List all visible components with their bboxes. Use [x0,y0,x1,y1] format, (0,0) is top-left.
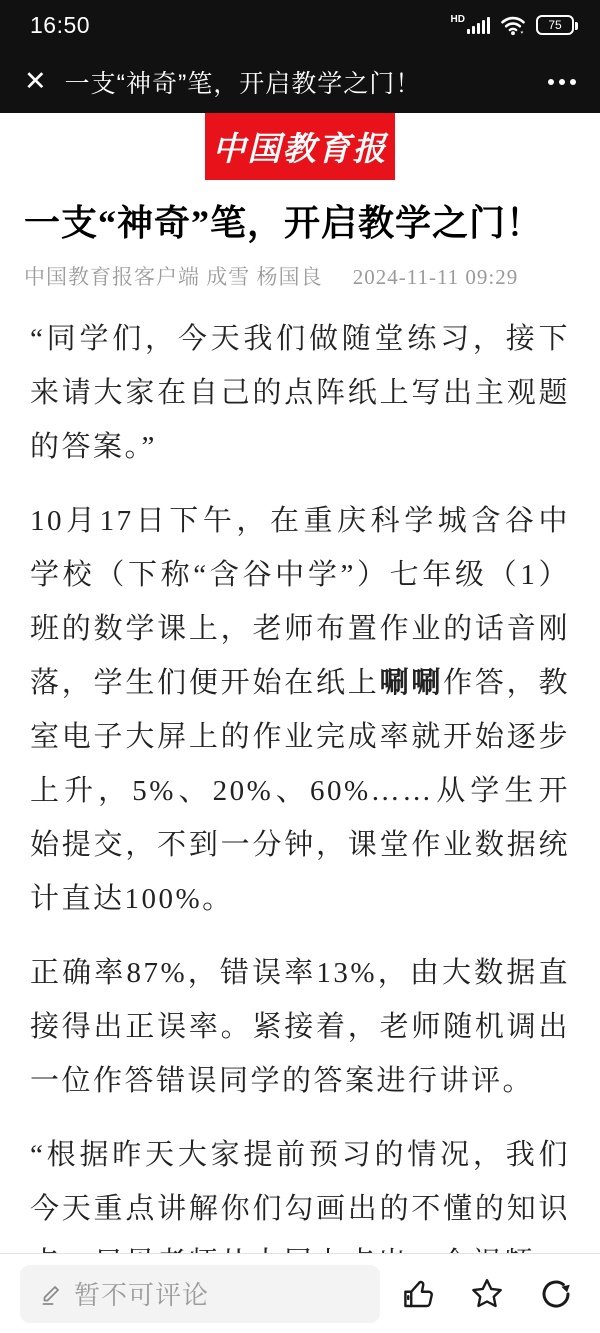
refresh-icon [538,1276,574,1312]
publication-logo: 中国教育报 [205,113,395,180]
screen: 16:50 HD 75 [0,0,600,1333]
paragraph: 正确率87%，错误率13%，由大数据直接得出正误率。紧接着，老师随机调出一位作答… [30,946,570,1108]
status-bar: 16:50 HD 75 [0,0,600,50]
status-icons: HD 75 [451,14,574,36]
top-bars: 16:50 HD 75 [0,0,600,113]
article-title: 一支“神奇”笔，开启教学之门！ [24,198,576,248]
article-view: 中国教育报 一支“神奇”笔，开启教学之门！ 中国教育报客户端 成雪 杨国良 20… [0,113,600,1253]
favorite-button[interactable] [469,1276,505,1312]
refresh-button[interactable] [538,1276,574,1312]
toolbar-actions [400,1276,574,1312]
battery-icon: 75 [536,15,574,35]
signal-strength-icon: HD [451,16,490,34]
paragraph-text: “根据昨天大家提前预习的情况，我们今天重点讲解你们勾画出的不懂的知识点。”只见老… [30,1139,570,1253]
close-icon[interactable]: ✕ [24,68,47,95]
publish-time: 2024-11-11 09:29 [353,265,519,289]
like-button[interactable] [400,1276,436,1312]
paragraph: “根据昨天大家提前预习的情况，我们今天重点讲解你们勾画出的不懂的知识点。”只见老… [30,1128,570,1253]
thumbs-up-icon [400,1276,436,1312]
more-menu-icon[interactable] [548,73,576,91]
paragraph: 10月17日下午，在重庆科学城含谷中学校（下称“含谷中学”）七年级（1）班的数学… [30,494,570,926]
clock: 16:50 [30,12,90,39]
paragraph-text: “同学们，今天我们做随堂练习，接下来请大家在自己的点阵纸上写出主观题的答案。” [30,323,570,463]
hd-indicator: HD [451,14,465,25]
wifi-icon [500,14,526,36]
comment-input[interactable]: 暂不可评论 [20,1265,380,1323]
paragraph: “同学们，今天我们做随堂练习，接下来请大家在自己的点阵纸上写出主观题的答案。” [30,312,570,474]
byline-authors: 中国教育报客户端 成雪 杨国良 [24,265,323,289]
battery-percent: 75 [548,18,561,32]
byline: 中国教育报客户端 成雪 杨国良 2024-11-11 09:29 [24,262,576,292]
paragraph-text: 正确率87%，错误率13%，由大数据直接得出正误率。紧接着，老师随机调出一位作答… [30,957,570,1097]
paragraph-text-bold: 唰唰 [380,667,444,699]
comment-placeholder: 暂不可评论 [74,1275,209,1312]
page-title: 一支“神奇”笔，开启教学之门！ [65,64,530,100]
bottom-toolbar: 暂不可评论 [0,1253,600,1333]
webview-header: ✕ 一支“神奇”笔，开启教学之门！ [0,50,600,113]
star-icon [469,1276,505,1312]
paragraph-text: 作答，教室电子大屏上的作业完成率就开始逐步上升，5%、20%、60%……从学生开… [30,667,570,915]
signal-bars-icon [467,16,490,34]
pencil-icon [38,1281,64,1307]
publication-logo-text: 中国教育报 [213,123,388,170]
